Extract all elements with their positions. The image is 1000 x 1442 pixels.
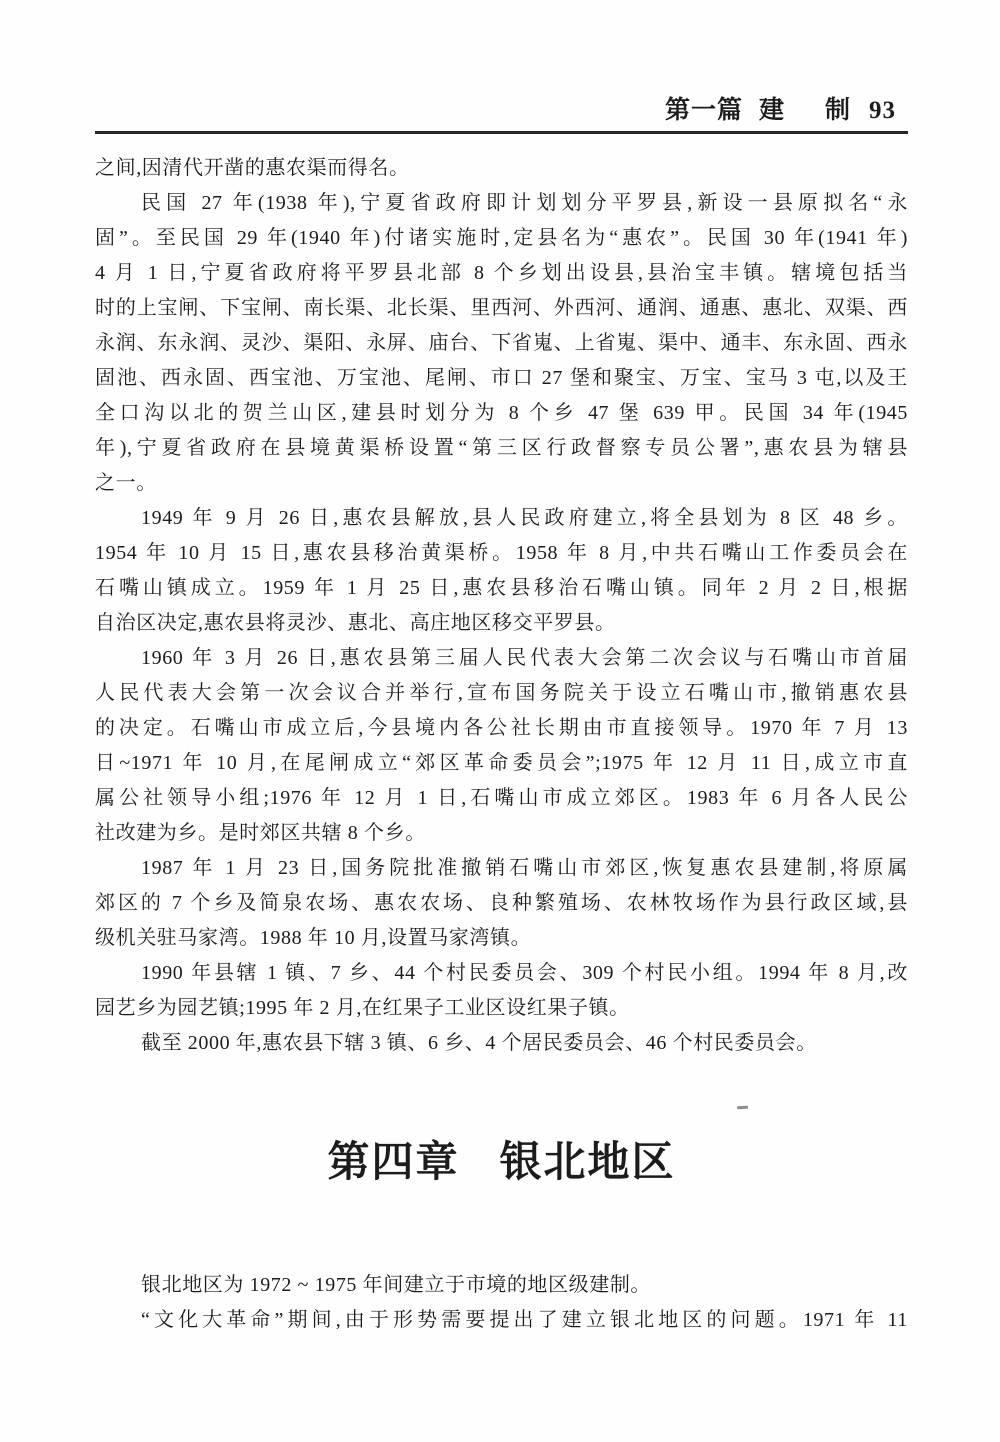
text-line: 固池、西永固、西宝池、万宝池、尾闸、市口 27 堡和聚宝、万宝、宝马 3 屯,以… [95, 361, 908, 396]
text-line: 人民代表大会第一次会议合并举行,宣布国务院关于设立石嘴山市,撤销惠农县 [95, 676, 908, 711]
text-line: 年),宁夏省政府在县境黄渠桥设置“第三区行政督察专员公署”,惠农县为辖县 [95, 431, 908, 466]
text-line: 园艺乡为园艺镇;1995 年 2 月,在红果子工业区设红果子镇。 [95, 991, 908, 1026]
text-line: 固”。至民国 29 年(1940 年)付诸实施时,定县名为“惠农”。民国 30 … [95, 221, 908, 256]
text-line: 石嘴山镇成立。1959 年 1 月 25 日,惠农县移治石嘴山镇。同年 2 月 … [95, 571, 908, 606]
text-line: 1990 年县辖 1 镇、7 乡、44 个村民委员会、309 个村民小组。199… [95, 956, 908, 991]
text-line: 1987 年 1 月 23 日,国务院批准撤销石嘴山市郊区,恢复惠农县建制,将原… [95, 851, 908, 886]
text-line: 1954 年 10 月 15 日,惠农县移治黄渠桥。1958 年 8 月,中共石… [95, 536, 908, 571]
text-line: 银北地区为 1972 ~ 1975 年间建立于市境的地区级建制。 [95, 1268, 908, 1303]
text-line: “文化大革命”期间,由于形势需要提出了建立银北地区的问题。1971 年 11 [95, 1303, 908, 1338]
body-text-block: 之间,因清代开凿的惠农渠而得名。民国 27 年(1938 年),宁夏省政府即计划… [95, 151, 908, 1061]
text-line: 1949 年 9 月 26 日,惠农县解放,县人民政府建立,将全县划为 8 区 … [95, 501, 908, 536]
text-line: 截至 2000 年,惠农县下辖 3 镇、6 乡、4 个居民委员会、46 个村民委… [95, 1026, 908, 1061]
text-line: 之一。 [95, 466, 908, 501]
header-title-char-1: 建 [759, 97, 785, 124]
text-line: 民国 27 年(1938 年),宁夏省政府即计划划分平罗县,新设一县原拟名“永 [95, 186, 908, 221]
chapter-number: 第四章 [328, 1138, 460, 1185]
header-part-label: 第一篇 [665, 97, 743, 124]
text-line: 属公社领导小组;1976 年 12 月 1 日,石嘴山市成立郊区。1983 年 … [95, 781, 908, 816]
header-page-number: 93 [869, 97, 896, 124]
text-line: 级机关驻马家湾。1988 年 10 月,设置马家湾镇。 [95, 921, 908, 956]
section-text-block: 银北地区为 1972 ~ 1975 年间建立于市境的地区级建制。“文化大革命”期… [95, 1268, 908, 1338]
scan-artifact-mark [737, 1106, 748, 1110]
text-line: 的决定。石嘴山市成立后,今县境内各公社长期由市直接领导。1970 年 7 月 1… [95, 711, 908, 746]
running-header: 第一篇建制93 [95, 0, 908, 134]
text-line: 自治区决定,惠农县将灵沙、惠北、高庄地区移交平罗县。 [95, 606, 908, 641]
text-line: 时的上宝闸、下宝闸、南长渠、北长渠、里西河、外西河、通润、通惠、惠北、双渠、西 [95, 291, 908, 326]
chapter-heading: 第四章银北地区 [95, 1133, 908, 1191]
text-line: 之间,因清代开凿的惠农渠而得名。 [95, 151, 908, 186]
text-line: 永润、东永润、灵沙、渠阳、永屏、庙台、下省嵬、上省嵬、渠中、通丰、东永固、西永 [95, 326, 908, 361]
header-title-char-2: 制 [825, 97, 851, 124]
book-page: 第一篇建制93 之间,因清代开凿的惠农渠而得名。民国 27 年(1938 年),… [0, 0, 1000, 1442]
chapter-title: 银北地区 [499, 1138, 675, 1185]
text-line: 社改建为乡。是时郊区共辖 8 个乡。 [95, 816, 908, 851]
text-line: 全口沟以北的贺兰山区,建县时划分为 8 个乡 47 堡 639 甲。民国 34 … [95, 396, 908, 431]
page-content: 第一篇建制93 之间,因清代开凿的惠农渠而得名。民国 27 年(1938 年),… [95, 0, 908, 1338]
text-line: 郊区的 7 个乡及简泉农场、惠农农场、良种繁殖场、农林牧场作为县行政区域,县 [95, 886, 908, 921]
text-line: 4 月 1 日,宁夏省政府将平罗县北部 8 个乡划出设县,县治宝丰镇。辖境包括当 [95, 256, 908, 291]
text-line: 1960 年 3 月 26 日,惠农县第三届人民代表大会第二次会议与石嘴山市首届 [95, 641, 908, 676]
text-line: 日~1971 年 10 月,在尾闸成立“郊区革命委员会”;1975 年 12 月… [95, 746, 908, 781]
